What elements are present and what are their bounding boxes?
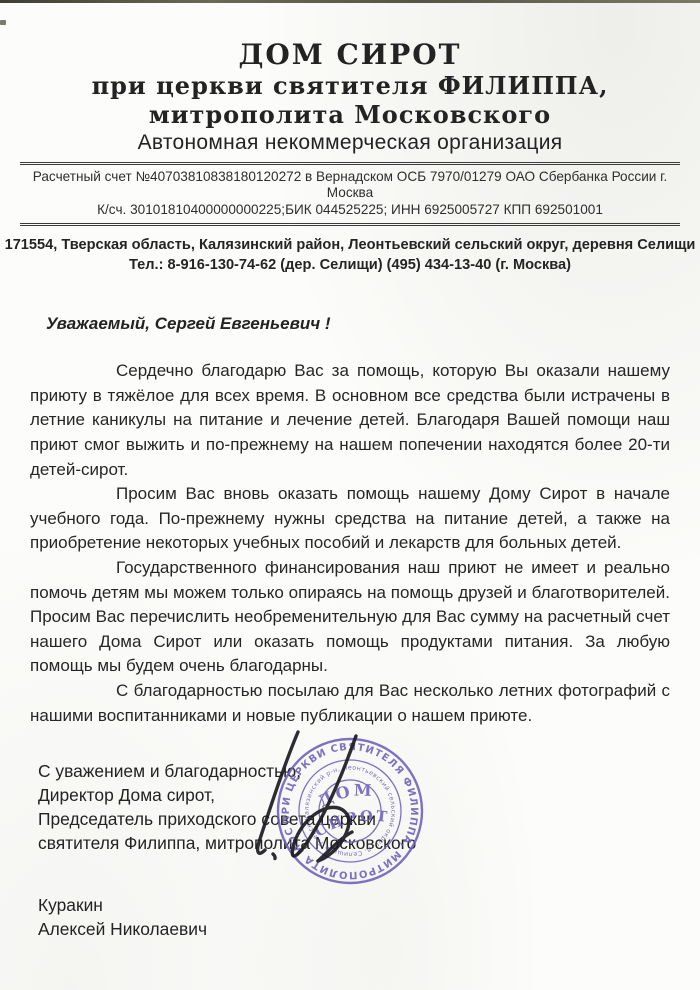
paragraph-request: Просим Вас вновь оказать помощь нашему Д… <box>30 482 670 556</box>
letter-body: Сердечно благодарю Вас за помощь, котору… <box>30 359 670 728</box>
signer-firstname-patronymic: Алексей Николаевич <box>38 917 700 941</box>
contact-block: 171554, Тверская область, Калязинский ра… <box>0 236 700 275</box>
bank-account-line: Расчетный счет №40703810838180120272 в В… <box>26 169 674 202</box>
paragraph-funding: Государственного финансирования наш прию… <box>30 556 670 679</box>
handwritten-signature <box>210 726 370 876</box>
org-title: ДОМ СИРОТ <box>0 40 700 70</box>
bank-codes-line: К/сч. 30101810400000000225;БИК 044525225… <box>26 202 674 219</box>
scan-edge-artifact <box>0 0 700 3</box>
org-type: Автономная некоммерческая организация <box>0 132 700 155</box>
salutation: Уважаемый, Сергей Евгеньевич ! <box>46 314 700 334</box>
scan-speck-artifact <box>0 20 6 25</box>
scanned-letter-page: ДОМ СИРОТ при церкви святителя ФИЛИППА, … <box>0 0 700 990</box>
signer-name-block: Куракин Алексей Николаевич <box>38 893 700 941</box>
org-subtitle-line1: при церкви святителя ФИЛИППА, <box>0 73 700 99</box>
letterhead: ДОМ СИРОТ при церкви святителя ФИЛИППА, … <box>0 0 700 155</box>
paragraph-photos: С благодарностью посылаю для Вас несколь… <box>30 679 670 728</box>
phone-numbers: Тел.: 8-916-130-74-62 (дер. Селищи) (495… <box>0 256 700 276</box>
org-subtitle-line2: митрополита Московского <box>0 102 700 128</box>
postal-address: 171554, Тверская область, Калязинский ра… <box>0 236 700 256</box>
paragraph-thanks: Сердечно благодарю Вас за помощь, котору… <box>30 359 670 482</box>
bank-details: Расчетный счет №40703810838180120272 в В… <box>20 162 680 227</box>
signer-surname: Куракин <box>38 893 700 917</box>
